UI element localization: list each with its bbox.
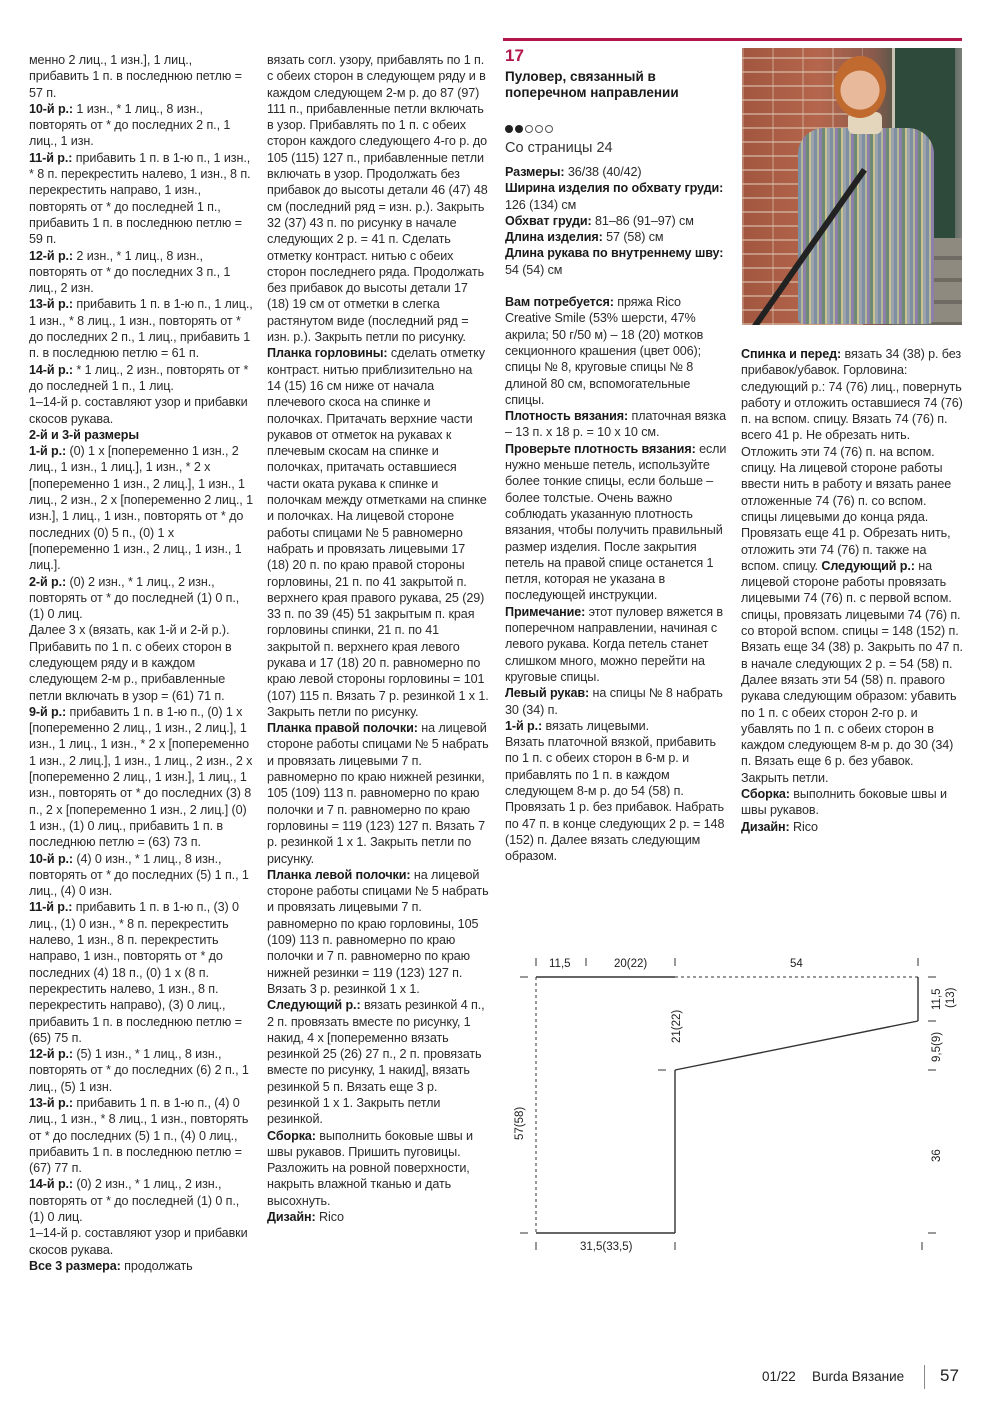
paragraph: вязать согл. узору, прибавлять по 1 п. с… [267, 52, 489, 345]
model-head [834, 56, 886, 118]
label-neck-depth: 21(22) [671, 1010, 683, 1043]
paragraph: Вам потребуется: пряжа Rico Creative Smi… [505, 294, 727, 408]
instructions-column-2: вязать согл. узору, прибавлять по 1 п. с… [267, 52, 489, 1225]
page-number: 57 [940, 1366, 959, 1386]
section-heading: Дизайн: [267, 1210, 316, 1224]
paragraph: Следующий р.: вязать резинкой 4 п., 2 п.… [267, 997, 489, 1127]
label-top-sleeve: 54 [790, 958, 803, 970]
section-heading: Вам потребуется: [505, 295, 614, 309]
magazine-name: Burda Вязание [812, 1369, 904, 1384]
paragraph: Все 3 размера: продолжать [29, 1258, 255, 1274]
section-heading: Следующий р.: [267, 998, 361, 1012]
paragraph: 13-й р.: прибавить 1 п. в 1-ю п., (4) 0 … [29, 1095, 255, 1176]
label-left-height: 57(58) [514, 1107, 526, 1140]
instructions-column-3: Размеры: 36/38 (40/42)Ширина изделия по … [505, 164, 727, 864]
section-heading: Дизайн: [741, 820, 790, 834]
section-heading: Сборка: [267, 1129, 316, 1143]
paragraph: 14-й р.: (0) 2 изн., * 1 лиц., 2 изн., п… [29, 1176, 255, 1225]
section-heading: 13-й р.: [29, 297, 73, 311]
paragraph: 2-й и 3-й размеры [29, 427, 255, 443]
section-heading: Планка горловины: [267, 346, 388, 360]
section-heading: Следующий р.: [821, 559, 915, 573]
section-heading: 11-й р.: [29, 900, 72, 914]
section-heading: 1-й р.: [505, 719, 542, 733]
section-heading: Длина рукава по внутреннему шву: [505, 246, 723, 260]
paragraph: Размеры: 36/38 (40/42) [505, 164, 727, 180]
paragraph [505, 278, 727, 294]
paragraph: Далее 3 x (вязать, как 1-й и 2-й р.). Пр… [29, 622, 255, 703]
accent-rule [503, 38, 962, 41]
label-right-cuff: 11,5 [931, 988, 943, 1010]
paragraph: Вязать платочной вязкой, прибавить по 1 … [505, 734, 727, 864]
page-footer: 01/22 Burda Вязание 57 [740, 1367, 975, 1389]
difficulty-dot-empty-icon [545, 125, 553, 133]
paragraph: 13-й р.: прибавить 1 п. в 1-ю п., 1 лиц.… [29, 296, 255, 361]
paragraph: 12-й р.: 2 изн., * 1 лиц., 8 изн., повто… [29, 248, 255, 297]
paragraph: Сборка: выполнить боковые швы и швы рука… [267, 1128, 489, 1209]
section-heading: 2-й и 3-й размеры [29, 428, 139, 442]
difficulty-dot-empty-icon [535, 125, 543, 133]
issue-number: 01/22 [762, 1369, 796, 1384]
section-heading: Все 3 размера: [29, 1259, 121, 1273]
paragraph: Длина изделия: 57 (58) см [505, 229, 727, 245]
paragraph: 2-й р.: (0) 2 изн., * 1 лиц., 2 изн., по… [29, 574, 255, 623]
difficulty-dot-filled-icon [515, 125, 523, 133]
paragraph: Длина рукава по внутреннему шву: 54 (54)… [505, 245, 727, 278]
paragraph: Левый рукав: на спицы № 8 набрать 30 (34… [505, 685, 727, 718]
paragraph: Дизайн: Rico [741, 819, 963, 835]
section-heading: Примечание: [505, 605, 585, 619]
section-heading: 2-й р.: [29, 575, 66, 589]
paragraph: Проверьте плотность вязания: если нужно … [505, 441, 727, 604]
section-heading: 12-й р.: [29, 1047, 73, 1061]
paragraph: Примечание: этот пуловер вяжется в попер… [505, 604, 727, 685]
paragraph: Спинка и перед: вязать 34 (38) р. без пр… [741, 346, 963, 786]
section-heading: 11-й р.: [29, 151, 72, 165]
label-right-body: 36 [931, 1149, 943, 1162]
pattern-title: Пуловер, связанный в поперечном направле… [505, 69, 705, 100]
label-right-slope: 9,5(9) [931, 1032, 943, 1062]
section-heading: Ширина изделия по обхвату груди: [505, 181, 723, 195]
label-bottom-width: 31,5(33,5) [580, 1241, 633, 1253]
section-heading: Планка левой полочки: [267, 868, 410, 882]
paragraph: Планка левой полочки: на лицевой стороне… [267, 867, 489, 997]
section-heading: Сборка: [741, 787, 790, 801]
section-heading: 9-й р.: [29, 705, 66, 719]
paragraph: 1-й р.: (0) 1 x [попеременно 1 изн., 2 л… [29, 443, 255, 573]
paragraph: Плотность вязания: платочная вязка – 13 … [505, 408, 727, 441]
paragraph: Планка правой полочки: на лицевой сторон… [267, 720, 489, 867]
paragraph: 14-й р.: * 1 лиц., 2 изн., повторять от … [29, 362, 255, 395]
footer-divider [924, 1365, 925, 1389]
section-heading: 14-й р.: [29, 363, 73, 377]
section-heading: 13-й р.: [29, 1096, 73, 1110]
paragraph: 11-й р.: прибавить 1 п. в 1-ю п., (3) 0 … [29, 899, 255, 1046]
label-top-neck: 20(22) [614, 958, 647, 970]
paragraph: Сборка: выполнить боковые швы и швы рука… [741, 786, 963, 819]
section-heading: 14-й р.: [29, 1177, 73, 1191]
paragraph: 12-й р.: (5) 1 изн., * 1 лиц., 8 изн., п… [29, 1046, 255, 1095]
paragraph: Планка горловины: сделать отметку контра… [267, 345, 489, 720]
section-heading: Длина изделия: [505, 230, 603, 244]
pattern-schematic: 11,5 20(22) 54 31,5(33,5) 57(58) 21(22) … [500, 940, 970, 1260]
paragraph: Дизайн: Rico [267, 1209, 489, 1225]
from-page-reference: Со страницы 24 [505, 140, 613, 156]
section-heading: Плотность вязания: [505, 409, 628, 423]
paragraph: 1–14-й р. составляют узор и прибавки ско… [29, 1225, 255, 1258]
difficulty-rating [505, 124, 555, 136]
section-heading: Проверьте плотность вязания: [505, 442, 696, 456]
instructions-column-4: Спинка и перед: вязать 34 (38) р. без пр… [741, 346, 963, 835]
paragraph: 1–14-й р. составляют узор и прибавки ско… [29, 394, 255, 427]
paragraph: Обхват груди: 81–86 (91–97) см [505, 213, 727, 229]
section-heading: Размеры: [505, 165, 565, 179]
model-photo [742, 48, 962, 325]
difficulty-dot-empty-icon [525, 125, 533, 133]
label-top-shoulder: 11,5 [549, 958, 571, 970]
paragraph: Ширина изделия по обхвату груди: 126 (13… [505, 180, 727, 213]
paragraph: 9-й р.: прибавить 1 п. в 1-ю п., (0) 1 x… [29, 704, 255, 851]
section-heading: 1-й р.: [29, 444, 66, 458]
section-heading: Обхват груди: [505, 214, 592, 228]
paragraph: 11-й р.: прибавить 1 п. в 1-ю п., 1 изн.… [29, 150, 255, 248]
paragraph: 1-й р.: вязать лицевыми. [505, 718, 727, 734]
instructions-column-1: менно 2 лиц., 1 изн.], 1 лиц., прибавить… [29, 52, 255, 1274]
section-heading: Спинка и перед: [741, 347, 841, 361]
pattern-number: 17 [505, 46, 524, 66]
difficulty-dot-filled-icon [505, 125, 513, 133]
section-heading: 10-й р.: [29, 852, 73, 866]
section-heading: 10-й р.: [29, 102, 73, 116]
paragraph: 10-й р.: 1 изн., * 1 лиц., 8 изн., повто… [29, 101, 255, 150]
section-heading: Левый рукав: [505, 686, 589, 700]
label-right-cuff-alt: (13) [945, 987, 957, 1008]
paragraph: 10-й р.: (4) 0 изн., * 1 лиц., 8 изн., п… [29, 851, 255, 900]
paragraph: менно 2 лиц., 1 изн.], 1 лиц., прибавить… [29, 52, 255, 101]
sweater [798, 128, 934, 324]
section-heading: 12-й р.: [29, 249, 73, 263]
section-heading: Планка правой полочки: [267, 721, 418, 735]
